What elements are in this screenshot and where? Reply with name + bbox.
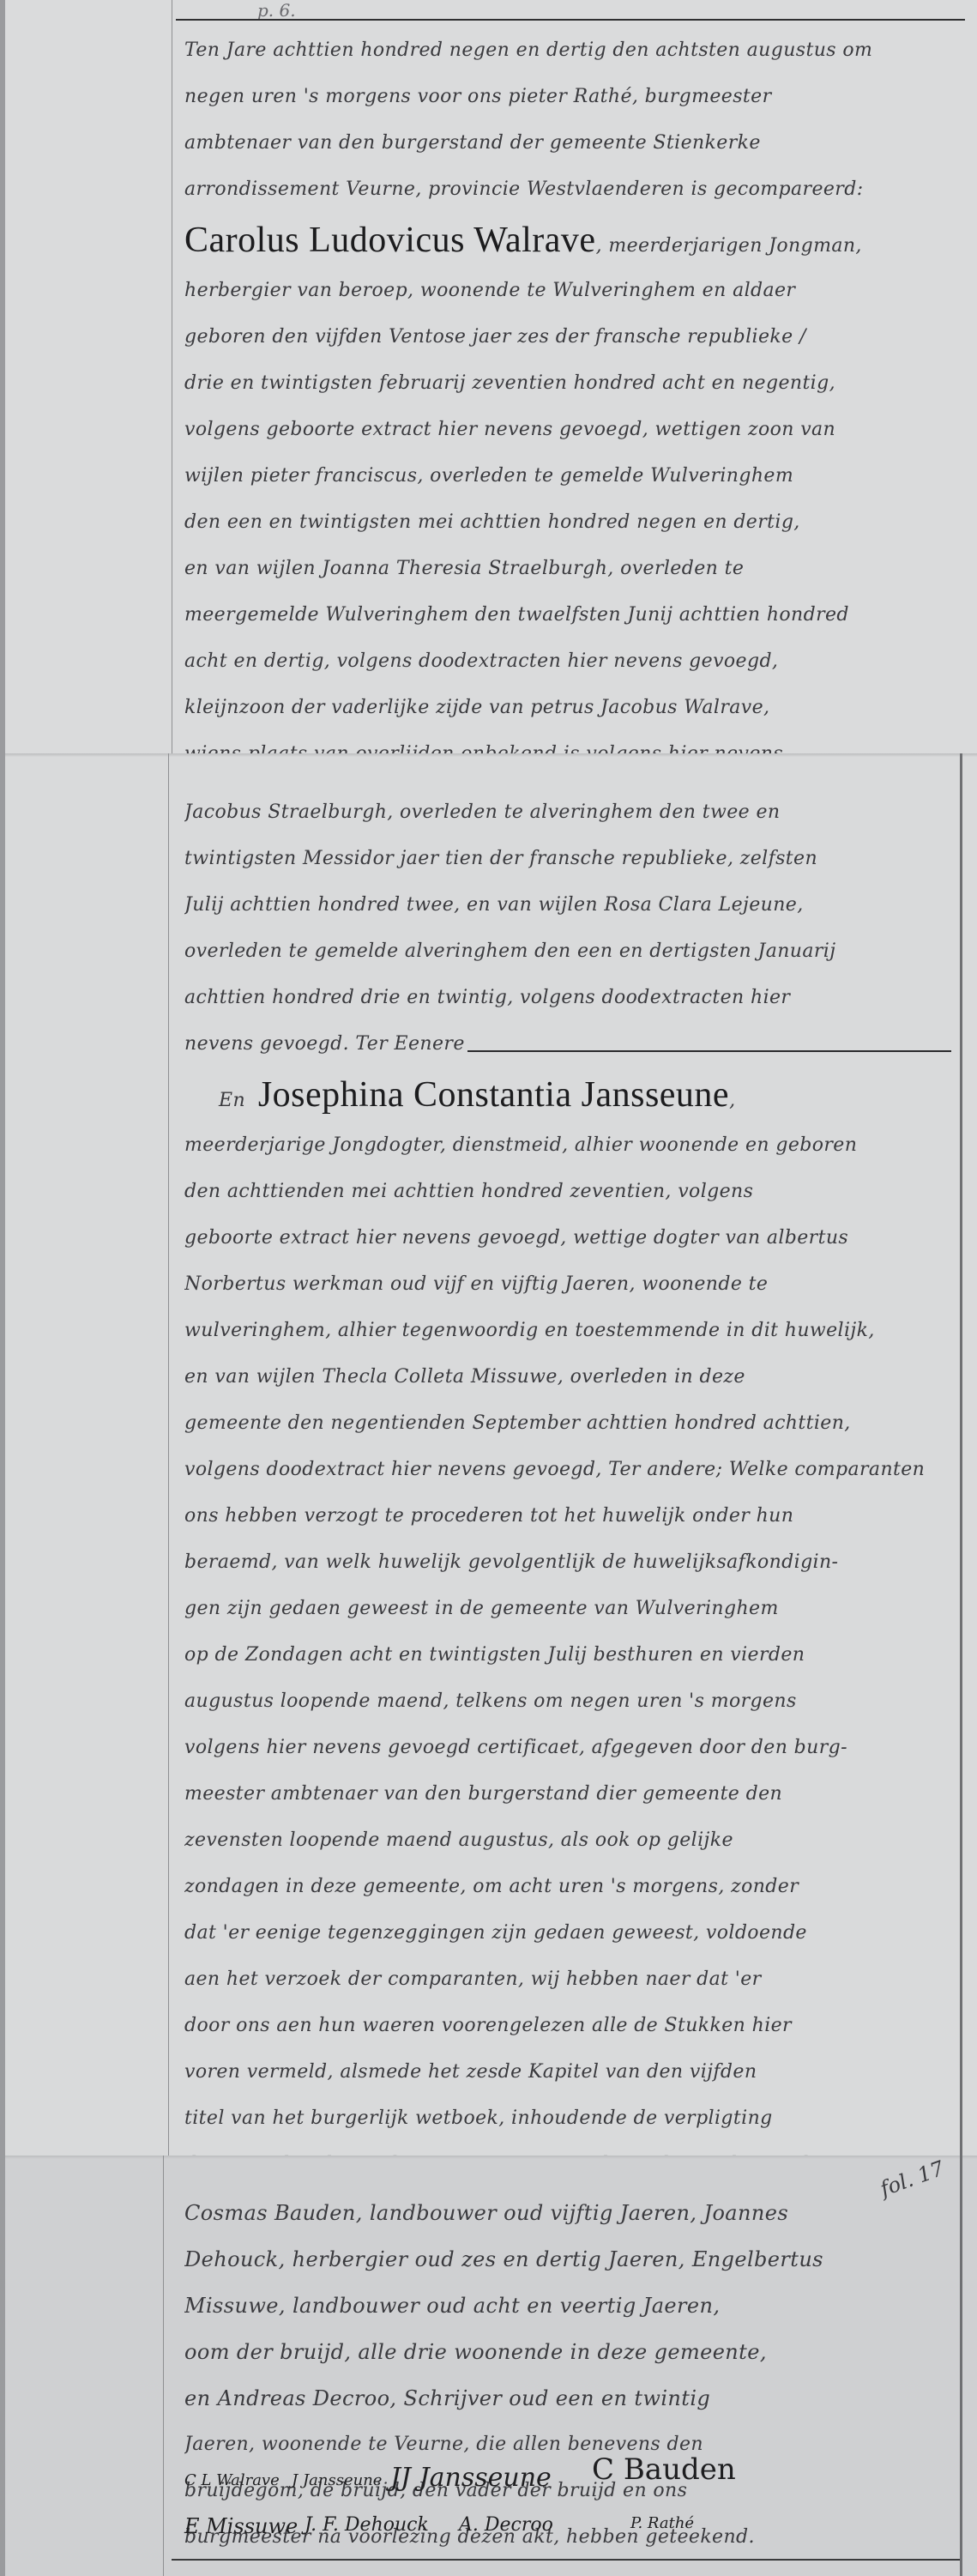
text-line: den een en twintigsten mei achttien hond…: [184, 499, 951, 546]
text-line: acht en dertig, volgens doodextracten hi…: [184, 638, 951, 685]
text-line: dat 'er eenige tegenzeggingen zijn gedae…: [184, 1910, 951, 1956]
text-line: Jaeren, woonende te Veurne, die allen be…: [184, 2422, 951, 2468]
text-line: arrondissement Veurne, provincie Westvla…: [184, 166, 951, 213]
text-line: Dehouck, herbergier oud zes en dertig Ja…: [184, 2236, 951, 2283]
groom-descriptor: , meerderjarigen Jongman,: [596, 235, 862, 257]
left-margin-rule: [168, 753, 169, 2156]
signature: J Jansseune: [292, 2471, 382, 2489]
signature: J. F. Dehouck: [305, 2514, 429, 2536]
text-line-with-rule: nevens gevoegd. Ter Eenere: [184, 1021, 951, 1067]
left-margin-rule: [163, 2156, 164, 2576]
text-line: door ons aen hun waeren voorengelezen al…: [184, 2003, 951, 2049]
text-line: den achttienden mei achttien hondred zev…: [184, 1169, 951, 1215]
signature: C L Walrave: [184, 2471, 280, 2489]
text-line: volgens geboorte extract hier nevens gev…: [184, 407, 951, 453]
text-line: herbergier van beroep, woonende te Wulve…: [184, 268, 951, 314]
text-line: negen uren 's morgens voor ons pieter Ra…: [184, 74, 951, 120]
header-rule: [176, 19, 965, 21]
text-line: ons hebben verzogt te procederen tot het…: [184, 1493, 951, 1539]
text-line: drie en twintigsten februarij zeventien …: [184, 360, 951, 407]
text-line: op de Zondagen acht en twintigsten Julij…: [184, 1632, 951, 1678]
scan-left-edge: [0, 753, 5, 2156]
text-line: titel van het burgerlijk wetboek, inhoud…: [184, 2095, 951, 2142]
text-line: beraemd, van welk huwelijk gevolgentlijk…: [184, 1539, 951, 1586]
text-line: Cosmas Bauden, landbouwer oud vijftig Ja…: [184, 2190, 951, 2236]
text-line: gen zijn gedaen geweest in de gemeente v…: [184, 1586, 951, 1632]
text-line: meester ambtenaer van den burgerstand di…: [184, 1771, 951, 1817]
right-page-edge: [960, 753, 962, 2156]
text-line: en van wijlen Joanna Theresia Straelburg…: [184, 546, 951, 592]
signature: C Bauden: [592, 2452, 736, 2487]
conjunction: En: [219, 1090, 245, 1111]
page-section-2: Jacobus Straelburgh, overleden te alveri…: [0, 753, 977, 2156]
scan-left-edge: [0, 2156, 5, 2576]
scan-left-edge: [0, 0, 5, 753]
scan-seam: [0, 753, 977, 757]
text-line: wulveringhem, alhier tegenwoordig en toe…: [184, 1308, 951, 1354]
text-line: oom der bruijd, alle drie woonende in de…: [184, 2329, 951, 2375]
text-line: en van wijlen Thecla Colleta Missuwe, ov…: [184, 1354, 951, 1400]
header-mark: p. 6.: [257, 0, 296, 21]
signature: E Missuwe: [184, 2514, 298, 2538]
text-line: geboorte extract hier nevens gevoegd, we…: [184, 1215, 951, 1261]
text-line: Jacobus Straelburgh, overleden te alveri…: [184, 789, 951, 836]
text-line: Norbertus werkman oud vijf en vijftig Ja…: [184, 1261, 951, 1308]
bride-name: Josephina Constantia Jansseune: [258, 1075, 729, 1115]
text-line: aen het verzoek der comparanten, wij heb…: [184, 1956, 951, 2003]
text-line: Ten Jare achttien hondred negen en derti…: [184, 27, 951, 74]
text-line: volgens doodextract hier nevens gevoegd,…: [184, 1447, 951, 1493]
signature: P. Rathé: [630, 2514, 694, 2532]
left-margin-rule: [172, 0, 172, 753]
text-line: meerderjarige Jongdogter, dienstmeid, al…: [184, 1122, 951, 1169]
filler-rule: [467, 1050, 951, 1052]
text-line: gemeente den negentienden September acht…: [184, 1400, 951, 1447]
text-line: geboren den vijfden Ventose jaer zes der…: [184, 314, 951, 360]
closing-rule: [172, 2559, 960, 2561]
text-line: Julij achttien hondred twee, en van wijl…: [184, 882, 951, 928]
punct: ,: [729, 1090, 735, 1111]
text-line: meergemelde Wulveringhem den twaelfsten …: [184, 592, 951, 638]
text-line: wijlen pieter franciscus, overleden te g…: [184, 453, 951, 499]
page-section-1: p. 6. Ten Jare achttien hondred negen en…: [0, 0, 977, 753]
text-line: augustus loopende maend, telkens om nege…: [184, 1678, 951, 1725]
text-line: kleijnzoon der vaderlijke zijde van petr…: [184, 685, 951, 731]
signature: A. Decroo: [459, 2514, 553, 2536]
right-page-edge: [960, 2156, 962, 2576]
text-line: voren vermeld, alsmede het zesde Kapitel…: [184, 2049, 951, 2095]
text-line: zondagen in deze gemeente, om acht uren …: [184, 1864, 951, 1910]
bride-name-line: En Josephina Constantia Jansseune,: [184, 1067, 951, 1122]
scan-seam: [0, 2156, 977, 2159]
text-line: overleden te gemelde alveringhem den een…: [184, 928, 951, 975]
signature: JJ Jansseune: [390, 2463, 552, 2493]
groom-name-line: Carolus Ludovicus Walrave, meerderjarige…: [184, 213, 951, 268]
text-line: ambtenaer van den burgerstand der gemeen…: [184, 120, 951, 166]
text-line: Missuwe, landbouwer oud acht en veertig …: [184, 2283, 951, 2329]
text-line: twintigsten Messidor jaer tien der frans…: [184, 836, 951, 882]
text-line: en Andreas Decroo, Schrijver oud een en …: [184, 2375, 951, 2422]
signature-block: C L Walrave J Jansseune JJ Jansseune C B…: [176, 2471, 948, 2557]
groom-name: Carolus Ludovicus Walrave: [184, 221, 596, 260]
line-text: nevens gevoegd. Ter Eenere: [184, 1033, 465, 1055]
text-line: achttien hondred drie en twintig, volgen…: [184, 975, 951, 1021]
text-line: zevensten loopende maend augustus, als o…: [184, 1817, 951, 1864]
text-line: volgens hier nevens gevoegd certificaet,…: [184, 1725, 951, 1771]
